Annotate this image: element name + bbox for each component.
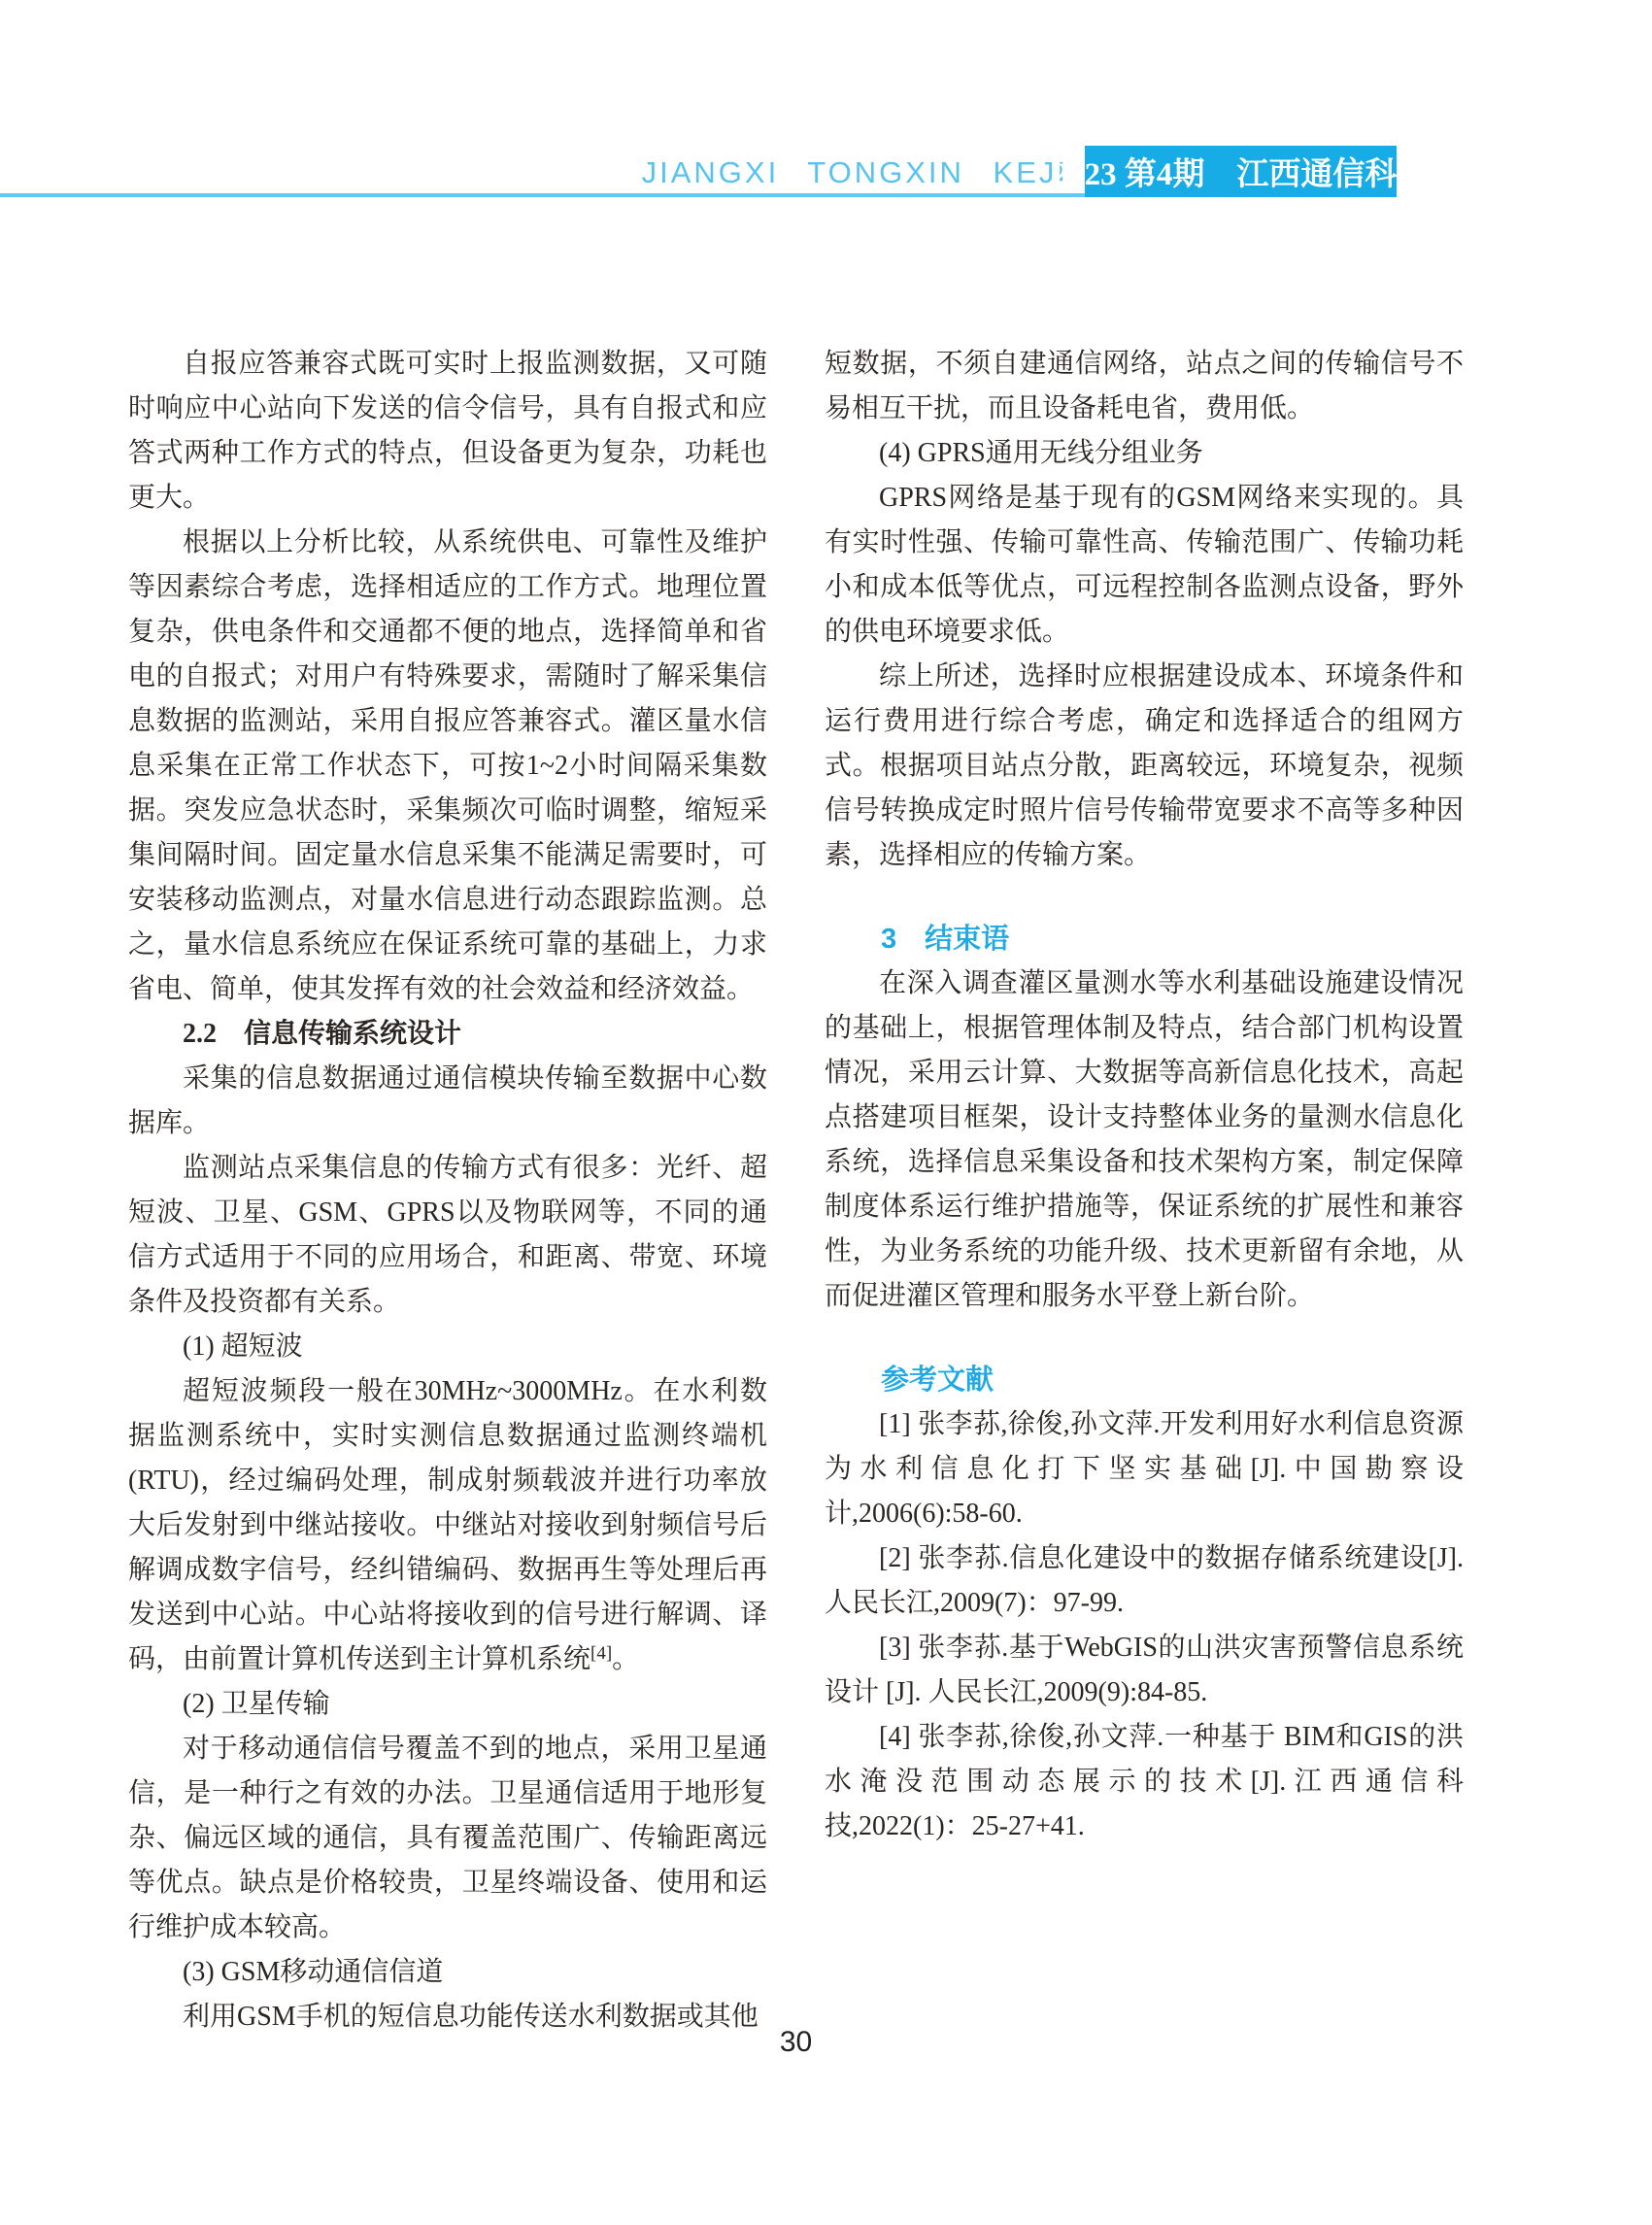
body-paragraph: 根据以上分析比较，从系统供电、可靠性及维护等因素综合考虑，选择相适应的工作方式。…	[128, 521, 767, 1012]
section-heading-conclusion: 3 结束语	[825, 917, 1464, 961]
journal-name-pinyin: JIANGXI TONGXIN KEJI	[0, 155, 1068, 190]
body-paragraph: 综上所述，选择时应根据建设成本、环境条件和运行费用进行综合考虑，确定和选择适合的…	[825, 655, 1464, 878]
body-paragraph: 采集的信息数据通过通信模块传输至数据中心数据库。	[128, 1057, 767, 1146]
reference-item-4: [4] 张李荪,徐俊,孙文萍.一种基于 BIM和GIS的洪水淹没范围动态展示的技…	[825, 1715, 1464, 1849]
paragraph-text: 超短波频段一般在30MHz~3000MHz。在水利数据监测系统中，实时实测信息数…	[128, 1376, 767, 1674]
body-paragraph-continuation: 短数据，不须自建通信网络，站点之间的传输信号不易相互干扰，而且设备耗电省，费用低…	[825, 342, 1464, 431]
body-paragraph: 监测站点采集信息的传输方式有很多：光纤、超短波、卫星、GSM、GPRS以及物联网…	[128, 1146, 767, 1325]
section-heading-2-2: 2.2 信息传输系统设计	[128, 1012, 767, 1057]
right-column: 短数据，不须自建通信网络，站点之间的传输信号不易相互干扰，而且设备耗电省，费用低…	[825, 342, 1464, 2040]
body-paragraph: 自报应答兼容式既可实时上报监测数据，又可随时响应中心站向下发送的信令信号，具有自…	[128, 342, 767, 521]
reference-item-1: [1] 张李荪,徐俊,孙文萍.开发利用好水利信息资源为水利信息化打下坚实基础[J…	[825, 1402, 1464, 1536]
list-heading-gsm: (3) GSM移动通信信道	[128, 1950, 767, 1995]
body-paragraph: 对于移动通信信号覆盖不到的地点，采用卫星通信，是一种行之有效的办法。卫星通信适用…	[128, 1727, 767, 1950]
article-body: 自报应答兼容式既可实时上报监测数据，又可随时响应中心站向下发送的信令信号，具有自…	[128, 342, 1464, 2040]
left-column: 自报应答兼容式既可实时上报监测数据，又可随时响应中心站向下发送的信令信号，具有自…	[128, 342, 767, 2040]
body-paragraph: 在深入调查灌区量测水等水利基础设施建设情况的基础上，根据管理体制及特点，结合部门…	[825, 961, 1464, 1319]
list-heading-satellite: (2) 卫星传输	[128, 1682, 767, 1727]
citation-marker: [4]	[590, 1643, 612, 1664]
reference-item-2: [2] 张李荪.信息化建设中的数据存储系统建设[J].人民长江,2009(7)：…	[825, 1536, 1464, 1626]
body-paragraph: 超短波频段一般在30MHz~3000MHz。在水利数据监测系统中，实时实测信息数…	[128, 1369, 767, 1682]
body-paragraph: GPRS网络是基于现有的GSM网络来实现的。具有实时性强、传输可靠性高、传输范围…	[825, 476, 1464, 655]
page-number: 30	[128, 2026, 1464, 2059]
journal-page: JIANGXI TONGXIN KEJI 2023 第4期 江西通信科技 自报应…	[0, 0, 1652, 2225]
issue-banner: 2023 第4期 江西通信科技	[1085, 146, 1397, 197]
list-heading-ultrashort-wave: (1) 超短波	[128, 1325, 767, 1369]
header-divider	[0, 193, 1085, 197]
list-heading-gprs: (4) GPRS通用无线分组业务	[825, 431, 1464, 476]
section-heading-references: 参考文献	[825, 1358, 1464, 1402]
paragraph-tail: 。	[612, 1644, 639, 1674]
reference-item-3: [3] 张李荪.基于WebGIS的山洪灾害预警信息系统设计 [J]. 人民长江,…	[825, 1626, 1464, 1715]
